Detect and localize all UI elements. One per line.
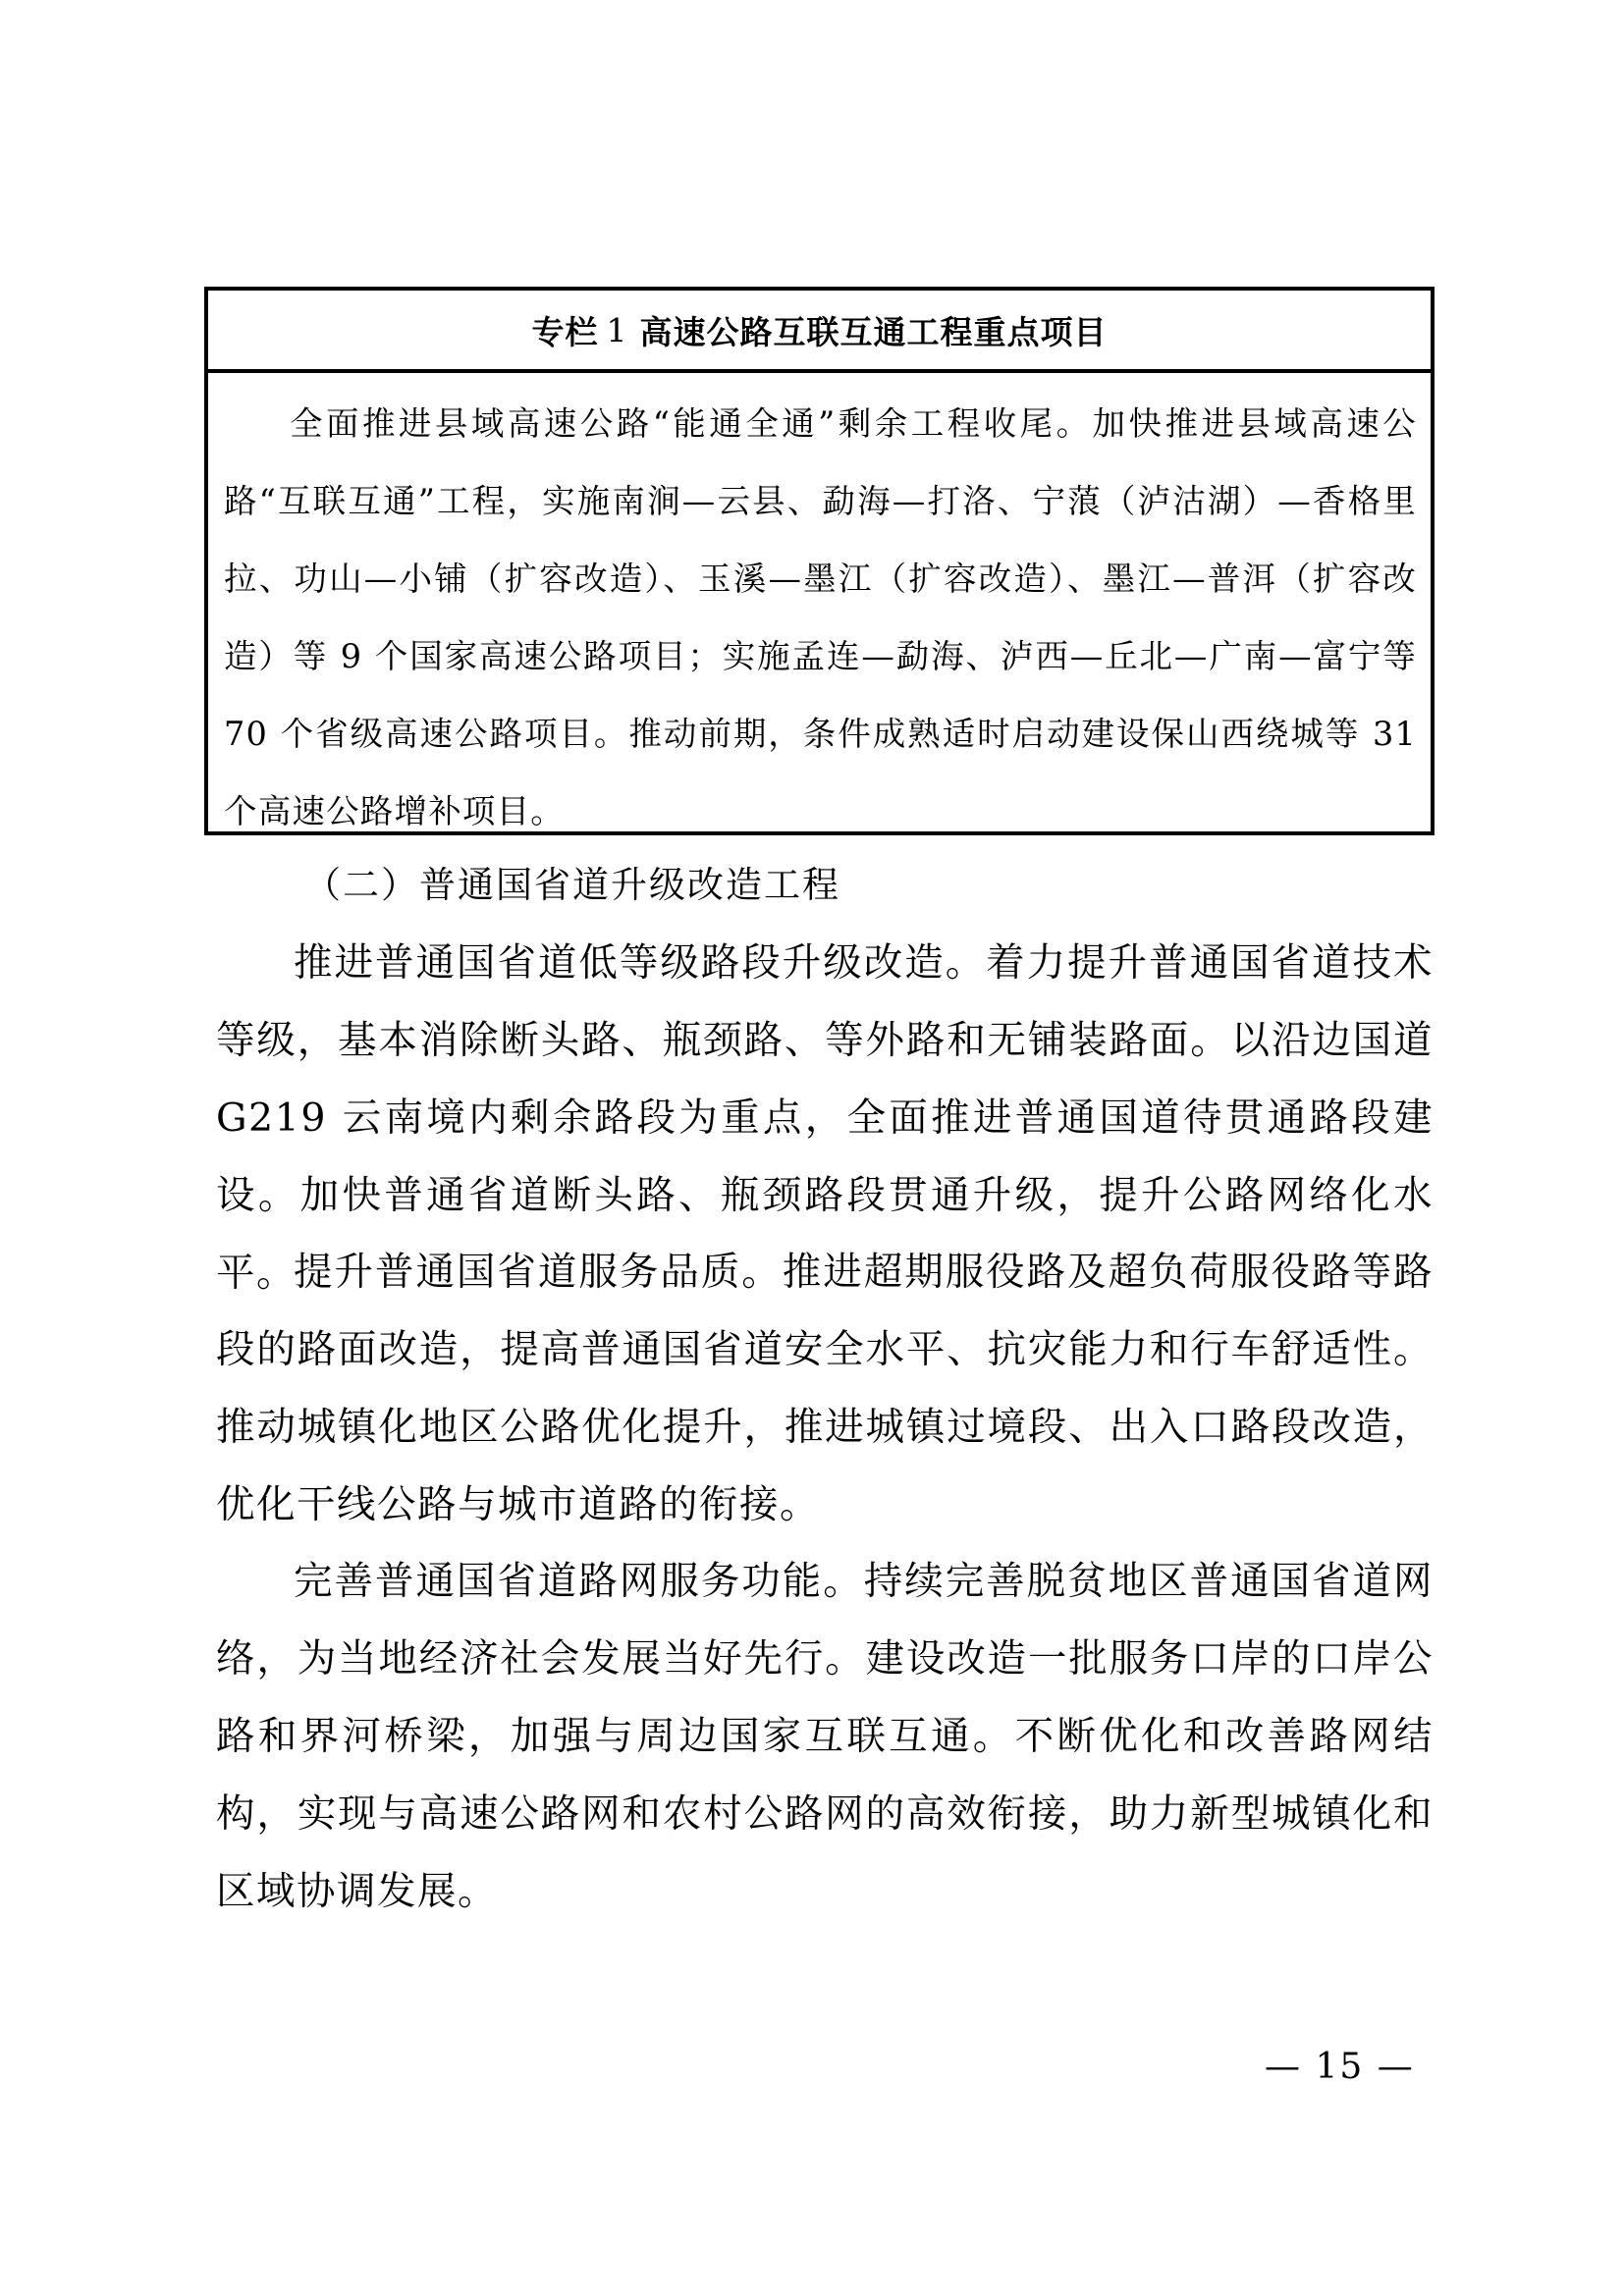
column-body-text: 全面推进县域高速公路“能通全通”剩余工程收尾。加快推进县域高速公路“互联互通”工… xyxy=(208,373,1431,850)
column-title: 专栏 1 高速公路互联互通工程重点项目 xyxy=(208,291,1431,373)
paragraph-text: 完善普通国省道路网服务功能。持续完善脱贫地区普通国省道网络，为当地经济社会发展当… xyxy=(216,1543,1434,1931)
body-paragraph-2: 提升普通国省道服务品质。推进超期服役路及超负荷服役路等路段的路面改造，提高普通国… xyxy=(216,1234,1434,1544)
column-number: 1 xyxy=(607,311,628,349)
document-page: 专栏 1 高速公路互联互通工程重点项目 全面推进县域高速公路“能通全通”剩余工程… xyxy=(0,0,1624,2296)
column-title-text: 高速公路互联互通工程重点项目 xyxy=(640,307,1108,353)
paragraph-text: 提升普通国省道服务品质。推进超期服役路及超负荷服役路等路段的路面改造，提高普通国… xyxy=(216,1234,1434,1544)
section-heading: （二）普通国省道升级改造工程 xyxy=(304,846,840,924)
body-paragraph-3: 完善普通国省道路网服务功能。持续完善脱贫地区普通国省道网络，为当地经济社会发展当… xyxy=(216,1543,1434,1931)
page-number: — 15 — xyxy=(1265,2042,1415,2093)
feature-column-box: 专栏 1 高速公路互联互通工程重点项目 全面推进县域高速公路“能通全通”剩余工程… xyxy=(204,287,1435,835)
column-label: 专栏 xyxy=(532,307,599,353)
